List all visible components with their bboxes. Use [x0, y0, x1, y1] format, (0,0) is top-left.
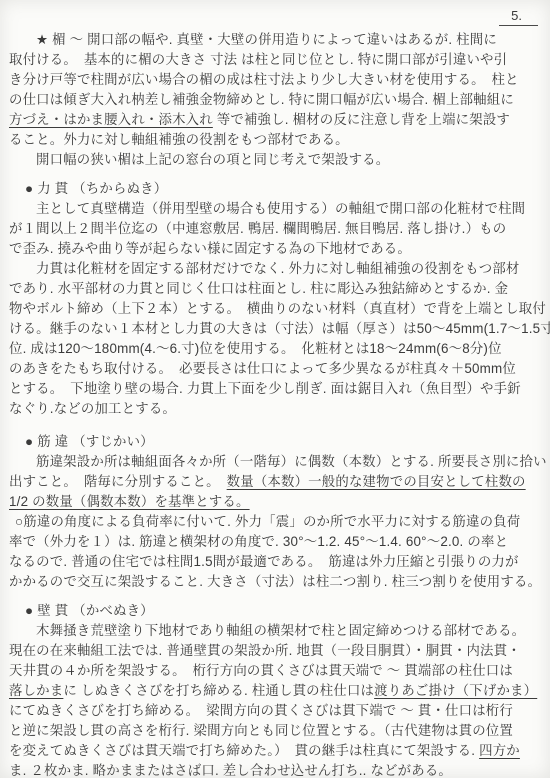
text-segment: 物やボルト締め（上下２本）とする。 横曲りのない材料（真直材）で背を上端とし取付: [9, 301, 546, 316]
text-line: のあきをたもち取付ける。 必要長さは仕口によって多少異なるが柱真々＋50mm位: [9, 359, 543, 379]
text-segment: 等で補強し. 楣材の反に注意し背を上端に架設す: [213, 112, 510, 127]
text-segment: 開口幅の狭い楣は上記の窓台の項と同じ考えで架設する。: [36, 152, 389, 167]
text-segment: なぐり.などの加工とする。: [9, 401, 176, 416]
text-line: ● 力 貫 （ちからぬき）: [9, 179, 543, 199]
text-line: ● 壁 貫 （かべぬき）: [9, 601, 543, 621]
text-segment: 位. 成は120〜180mm(4.〜6.寸)位を使用する。 化粧材とは18〜24…: [9, 341, 502, 356]
underlined-text-segment: 数量（本数）一般的な建物での目安として柱数の: [227, 474, 526, 489]
text-line: ○筋違の角度による負荷率に付いて. 外力「震」のか所で水平力に対する筋違の負荷: [9, 512, 543, 532]
text-line: 出すこと。 階毎に分別すること。 数量（本数）一般的な建物での目安として柱数の: [9, 472, 543, 492]
text-segment: 出すこと。 階毎に分別すること。: [9, 474, 227, 489]
text-segment: 現在の在来軸組工法では. 普通壁貫の架設か所. 地貫（一段目胴貫）・胴貫・内法貫…: [9, 643, 521, 658]
underlined-text-segment: 四方か: [479, 743, 520, 758]
text-line: が１間以上２間半位迄の（中連窓敷居. 鴨居. 欄間鴨居. 無目鴨居. 落し掛け.…: [9, 219, 543, 239]
text-segment: ける。継手のない１本材とし力貫の大きは（寸法）は幅（厚さ）は50〜45mm(1.…: [9, 321, 550, 336]
text-segment: 天井貫の４か所を架設する。 桁行方向の貫くさびは貫天端で 〜 貫端部の柱仕口は: [9, 663, 513, 678]
text-segment: のあきをたもち取付ける。 必要長さは仕口によって多少異なるが柱真々＋50mm位: [9, 361, 516, 376]
text-line: であり. 水平部材の力貫と同じく仕口は柱面とし. 柱に彫込み独鈷締めとするか. …: [9, 279, 543, 299]
text-segment: の仕口は傾ぎ大入れ枘差し補強金物締めとし. 特に開口幅が広い場合. 楣上部軸組に: [9, 92, 514, 107]
text-line: なるので. 普通の住宅では柱間1.5間が最適である。 筋違は外力圧縮と引張りの力…: [9, 552, 543, 572]
text-line: とする。 下地塗り壁の場合. 力貫上下面を少し削ぎ. 面は鋸目入れ（魚目型）や手…: [9, 379, 543, 399]
text-line: ま. ２枚かま. 略かままたはさば口. 差し合わせ込せん打ち.. などがある。: [9, 761, 543, 778]
text-segment: ○筋違の角度による負荷率に付いて. 外力「震」のか所で水平力に対する筋違の負荷: [15, 514, 520, 529]
text-line: 方づえ・はかま腰入れ・添木入れ 等で補強し. 楣材の反に注意し背を上端に架設す: [9, 110, 543, 130]
text-line: の仕口は傾ぎ大入れ枘差し補強金物締めとし. 特に開口幅が広い場合. 楣上部軸組に: [9, 90, 543, 110]
text-segment: 取付ける。 基本的に楣の大きさ 寸法 は柱と同じ位とし. 特に開口部が引違いや引: [9, 52, 507, 67]
text-segment: が１間以上２間半位迄の（中連窓敷居. 鴨居. 欄間鴨居. 無目鴨居. 落し掛け.…: [9, 221, 506, 236]
text-segment: ★ 楣 〜 開口部の幅や. 真壁・大壁の併用造りによって違いはあるが. 柱間に: [36, 32, 497, 47]
underlined-text-segment: 渡りあご掛け（下げかま）: [374, 683, 537, 698]
text-line: 木舞掻き荒壁塗り下地材であり軸組の横架材で柱と固定締めつける部材である。: [9, 621, 543, 641]
text-segment: に しぬきくさびを打ち締める. 柱通し貫の柱仕口は: [63, 683, 374, 698]
text-segment: ● 力 貫 （ちからぬき）: [25, 181, 167, 196]
text-segment: などがある。: [367, 763, 452, 778]
text-line: なぐり.などの加工とする。: [9, 399, 543, 419]
text-segment: 力貫は化粧材を固定する部材だけでなく. 外力に対し軸組補強の役割をもつ部材: [36, 261, 520, 276]
text-line: で歪み. 撓みや曲り等が起らない様に固定する為の下地材である。: [9, 239, 543, 259]
text-segment: かかるので交互に架設すること. 大きさ（寸法）は柱二つ割り. 柱三つ割りを使用す…: [9, 574, 541, 589]
text-segment: ● 筋 違 （すじかい）: [25, 434, 154, 449]
text-segment: であり. 水平部材の力貫と同じく仕口は柱面とし. 柱に彫込み独鈷締めとするか. …: [9, 281, 508, 296]
page-number: 5.: [499, 8, 538, 26]
text-segment: なるので. 普通の住宅では柱間1.5間が最適である。 筋違は外力圧縮と引張りの力…: [9, 554, 519, 569]
underlined-text-segment: 方づえ・はかま腰入れ・添木入れ: [9, 112, 213, 127]
text-line: 筋違架設か所は軸組面各々か所（一階毎）に偶数（本数）とする. 所要長さ別に拾い: [9, 452, 543, 472]
text-line: き分け戸等で柱間が広い場合の楣の成は柱寸法より少し大きい材を使用する。 柱と: [9, 70, 543, 90]
text-line: 1/2 の数量（偶数本数）を基準とする。: [9, 492, 543, 512]
text-segment: 筋違架設か所は軸組面各々か所（一階毎）に偶数（本数）とする. 所要長さ別に拾い: [36, 454, 547, 469]
text-line: かかるので交互に架設すること. 大きさ（寸法）は柱二つ割り. 柱三つ割りを使用す…: [9, 572, 543, 592]
text-line: 天井貫の４か所を架設する。 桁行方向の貫くさびは貫天端で 〜 貫端部の柱仕口は: [9, 661, 543, 681]
document-lines: ★ 楣 〜 開口部の幅や. 真壁・大壁の併用造りによって違いはあるが. 柱間に取…: [9, 30, 543, 778]
text-line: ること。外力に対し軸組補強の役割をもつ部材である。: [9, 130, 543, 150]
text-line: ★ 楣 〜 開口部の幅や. 真壁・大壁の併用造りによって違いはあるが. 柱間に: [9, 30, 543, 50]
text-line: 主として真壁構造（併用型壁の場合も使用する）の軸組で開口部の化粧材で柱間: [9, 199, 543, 219]
text-line: 落しかまに しぬきくさびを打ち締める. 柱通し貫の柱仕口は渡りあご掛け（下げかま…: [9, 681, 543, 701]
underlined-text-segment: 1/2 の数量（偶数本数）を基準とする。: [9, 494, 250, 509]
text-segment: を変えてぬきくさびは貫天端で打ち締めた。） 貫の継手は柱真にて架設する.: [9, 743, 479, 758]
text-line: を変えてぬきくさびは貫天端で打ち締めた。） 貫の継手は柱真にて架設する. 四方か: [9, 741, 543, 761]
text-segment: 木舞掻き荒壁塗り下地材であり軸組の横架材で柱と固定締めつける部材である。: [36, 623, 525, 638]
text-segment: 率で（外力を１）は. 筋違と横架材の角度で. 30°〜1.2. 45°〜1.4.…: [9, 534, 508, 549]
text-segment: で歪み. 撓みや曲り等が起らない様に固定する為の下地材である。: [9, 241, 411, 256]
text-line: と逆に架設し貫の高さを桁行. 梁間方向とも同じ位置とする。（古代建物は貫の位置: [9, 721, 543, 741]
text-segment: とする。 下地塗り壁の場合. 力貫上下面を少し削ぎ. 面は鋸目入れ（魚目型）や手…: [9, 381, 521, 396]
text-line: 率で（外力を１）は. 筋違と横架材の角度で. 30°〜1.2. 45°〜1.4.…: [9, 532, 543, 552]
scanned-note-page: 5. ★ 楣 〜 開口部の幅や. 真壁・大壁の併用造りによって違いはあるが. 柱…: [0, 0, 550, 778]
text-line: 位. 成は120〜180mm(4.〜6.寸)位を使用する。 化粧材とは18〜24…: [9, 339, 543, 359]
text-line: 取付ける。 基本的に楣の大きさ 寸法 は柱と同じ位とし. 特に開口部が引違いや引: [9, 50, 543, 70]
text-segment: 主として真壁構造（併用型壁の場合も使用する）の軸組で開口部の化粧材で柱間: [36, 201, 525, 216]
text-line: 物やボルト締め（上下２本）とする。 横曲りのない材料（真直材）で背を上端とし取付: [9, 299, 543, 319]
text-line: にてぬきくさびを打ち締める。 梁間方向の貫くさびは貫下端で 〜 貫・仕口は桁行: [9, 701, 543, 721]
text-line: ける。継手のない１本材とし力貫の大きは（寸法）は幅（厚さ）は50〜45mm(1.…: [9, 319, 543, 339]
underlined-text-segment: 落しかま: [9, 683, 63, 698]
text-segment: と逆に架設し貫の高さを桁行. 梁間方向とも同じ位置とする。（古代建物は貫の位置: [9, 723, 513, 738]
text-segment: き分け戸等で柱間が広い場合の楣の成は柱寸法より少し大きい材を使用する。 柱と: [9, 72, 519, 87]
underlined-text-segment: ま. ２枚かま. 略かままたはさば口. 差し合わせ込せん打ち..: [9, 763, 367, 778]
text-segment: にてぬきくさびを打ち締める。 梁間方向の貫くさびは貫下端で 〜 貫・仕口は桁行: [9, 703, 513, 718]
text-line: ● 筋 違 （すじかい）: [9, 432, 543, 452]
text-line: 力貫は化粧材を固定する部材だけでなく. 外力に対し軸組補強の役割をもつ部材: [9, 259, 543, 279]
text-line: 現在の在来軸組工法では. 普通壁貫の架設か所. 地貫（一段目胴貫）・胴貫・内法貫…: [9, 641, 543, 661]
text-line: 開口幅の狭い楣は上記の窓台の項と同じ考えで架設する。: [9, 150, 543, 170]
text-segment: ること。外力に対し軸組補強の役割をもつ部材である。: [9, 132, 349, 147]
text-segment: ● 壁 貫 （かべぬき）: [25, 603, 154, 618]
